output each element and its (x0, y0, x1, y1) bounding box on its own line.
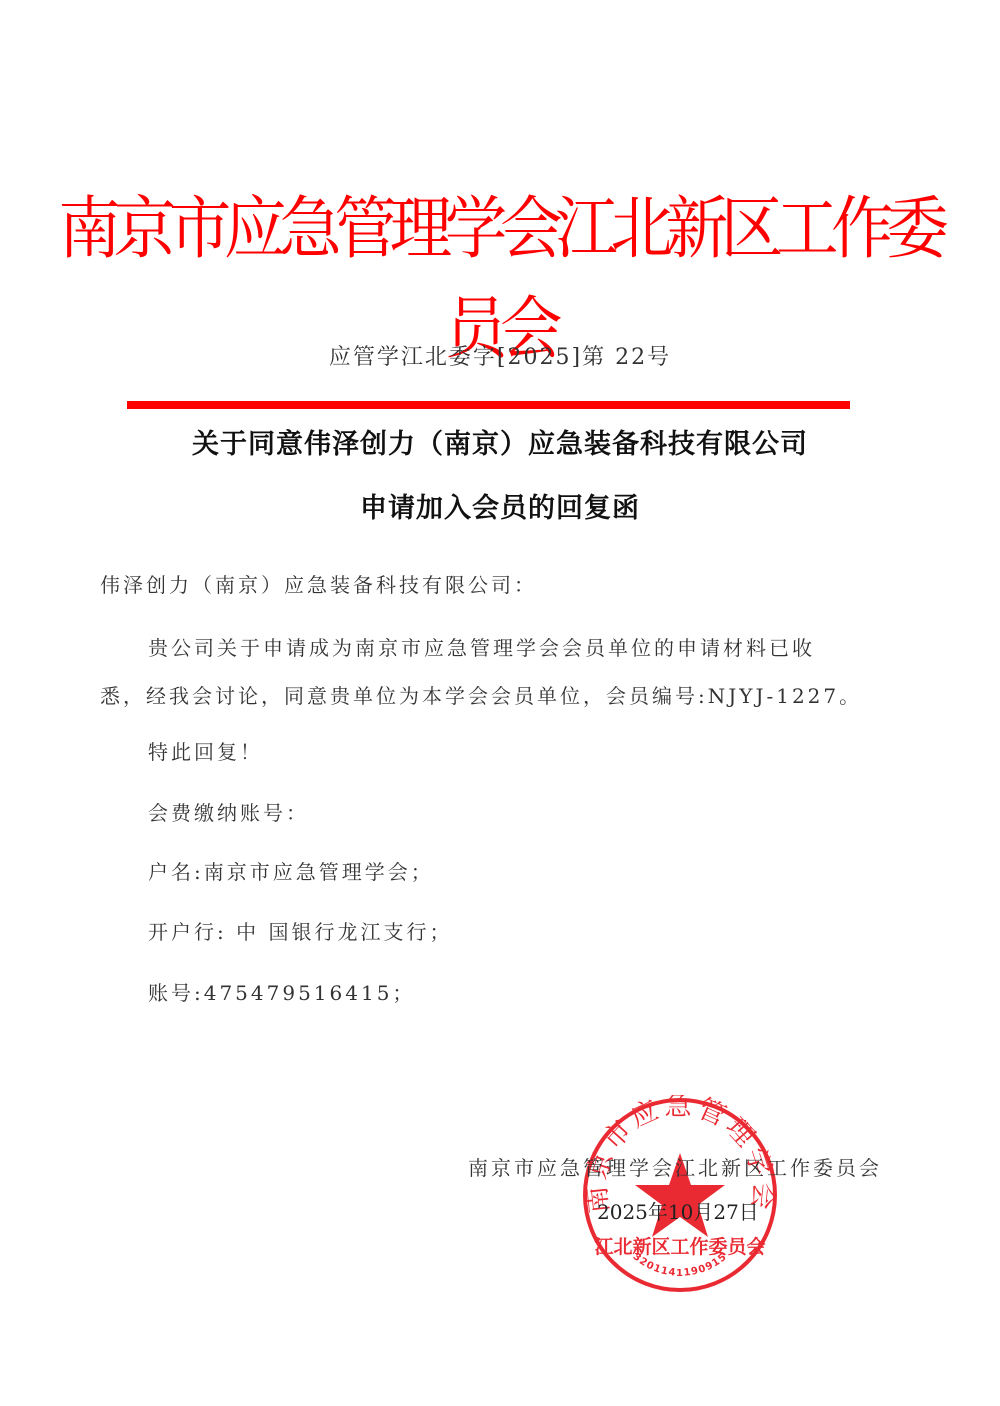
document-title-line1: 关于同意伟泽创力（南京）应急装备科技有限公司 (0, 422, 1000, 461)
issue-date: 2025年10月27日 (597, 1196, 759, 1225)
red-divider-rule (127, 401, 850, 409)
body-paragraph-line2: 悉，经我会讨论，同意贵单位为本学会会员单位，会员编号:NJYJ-1227。 (100, 681, 862, 711)
seal-center-text: 江北新区工作委员会 (594, 1235, 765, 1258)
bank-name: 开户行: 中 国银行龙江支行； (148, 917, 452, 947)
body-paragraph-line1: 贵公司关于申请成为南京市应急管理学会会员单位的申请材料已收 (148, 633, 815, 663)
account-number: 账号:475479516415； (148, 978, 415, 1008)
addressee: 伟泽创力（南京）应急装备科技有限公司： (100, 570, 537, 600)
closing-phrase: 特此回复！ (148, 737, 263, 767)
document-title-line2: 申请加入会员的回复函 (0, 486, 1000, 525)
official-seal: 南京市应急管理学会 江北新区工作委员会 3201141190915 (580, 1095, 780, 1295)
seal-icon: 南京市应急管理学会 江北新区工作委员会 3201141190915 (580, 1095, 780, 1295)
account-name: 户名:南京市应急管理学会； (148, 857, 434, 887)
document-number: 应管学江北委字[2025]第 22号 (0, 340, 1000, 371)
signature-organization: 南京市应急管理学会江北新区工作委员会 (468, 1152, 882, 1181)
payment-account-title: 会费缴纳账号： (148, 798, 309, 828)
